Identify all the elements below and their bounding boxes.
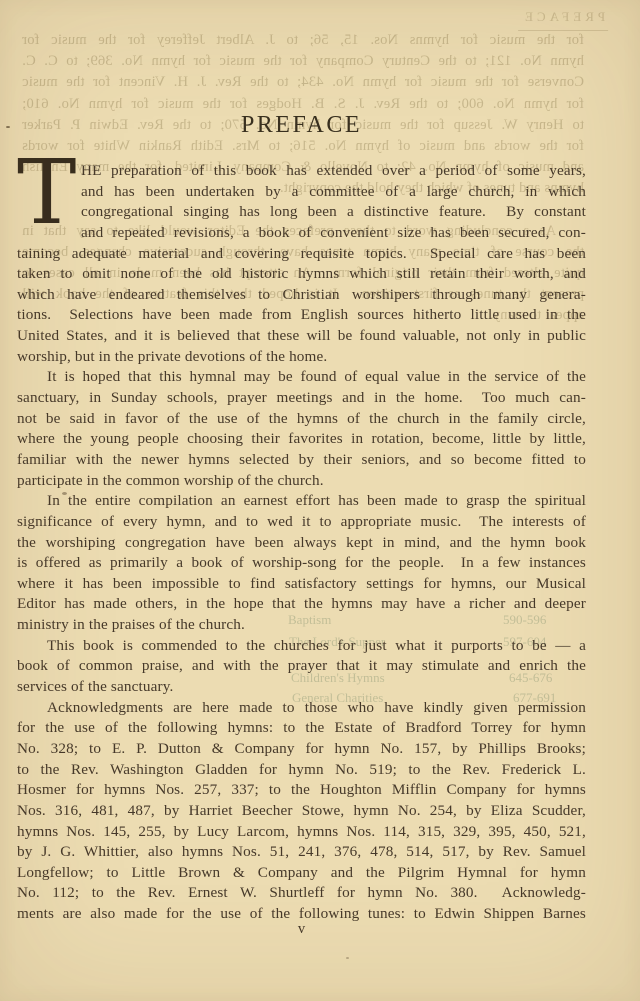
text-line: HE preparation of this book has extended…	[17, 161, 586, 182]
text-line: taining adequate material and covering r…	[17, 244, 586, 265]
text-line: ministry in the praises of the church.	[17, 615, 586, 636]
text-line: participate in the common worship of the…	[17, 471, 586, 492]
text-line: Acknowledgments are here made to those w…	[17, 698, 586, 719]
text-line: In the entire compilation an earnest eff…	[17, 491, 586, 512]
text-line: which have endeared themselves to Christ…	[17, 285, 586, 306]
text-line: taken to omit none of the old historic h…	[17, 264, 586, 285]
book-page: PREFACE for the music for hymns Nos. 15,…	[0, 0, 640, 1001]
text-line: services of the sanctuary.	[17, 677, 586, 698]
page-number: v	[17, 921, 586, 938]
paper-speck	[6, 126, 10, 128]
ghost-text-line: for the words and music of hymn No. 516;…	[22, 136, 584, 157]
text-line: tions. Selections have been made from En…	[17, 305, 586, 326]
paper-speck	[346, 957, 349, 959]
ghost-text-line: hymn No. 121; to the Century Company for…	[22, 51, 584, 72]
text-line: Editor has made others, in the hope that…	[17, 594, 586, 615]
text-line: No. 112; to the Rev. Ernest W. Shurtleff…	[17, 883, 586, 904]
page-title: PREFACE	[17, 112, 586, 139]
paper-speck	[62, 492, 67, 495]
text-line: and repeated revisions, a book of conven…	[17, 223, 586, 244]
text-line: It is hoped that this hymnal may be foun…	[17, 367, 586, 388]
text-line: Hosmer for hymns Nos. 257, 337; to the H…	[17, 780, 586, 801]
text-line: worship, but in the private devotions of…	[17, 347, 586, 368]
text-line: This book is commended to the churches f…	[17, 636, 586, 657]
text-line: Nos. 316, 481, 487, by Harriet Beecher S…	[17, 801, 586, 822]
text-line: by J. G. Whittier, also hymns Nos. 51, 2…	[17, 842, 586, 863]
ghost-text-line: Converse for the music for hymn No. 434;…	[22, 72, 584, 93]
text-line: familiar with the newer hymns selected b…	[17, 450, 586, 471]
text-line: for the use of the following hymns: to t…	[17, 718, 586, 739]
text-line: congregational singing has long been a d…	[17, 202, 586, 223]
text-line: hymns Nos. 145, 255, by Lucy Larcom, hym…	[17, 822, 586, 843]
text-line: No. 328; to E. P. Dutton & Company for h…	[17, 739, 586, 760]
text-line: where the young people choosing their fa…	[17, 429, 586, 450]
text-line: the worshiping congregation have been al…	[17, 533, 586, 554]
text-line: significance of every hymn, and to wed i…	[17, 512, 586, 533]
text-line: United States, and it is believed that t…	[17, 326, 586, 347]
text-line: is offered as primarily a book of worshi…	[17, 553, 586, 574]
text-line: where it has been impossible to find sat…	[17, 574, 586, 595]
ghost-text-line: for the music for hymns Nos. 15, 56; to …	[22, 30, 584, 51]
text-line: sanctuary, in Sunday schools, prayer mee…	[17, 388, 586, 409]
text-line: not be said in favor of the use of the h…	[17, 409, 586, 430]
text-line: and has been undertaken by a committee o…	[17, 182, 586, 203]
ghost-running-header: PREFACE	[518, 9, 608, 31]
text-line: Longfellow; to Little Brown & Company an…	[17, 863, 586, 884]
preface-body: HE preparation of this book has extended…	[17, 161, 586, 925]
text-line: book of common praise, and with the pray…	[17, 656, 586, 677]
text-line: to the Rev. Washington Gladden for hymn …	[17, 760, 586, 781]
